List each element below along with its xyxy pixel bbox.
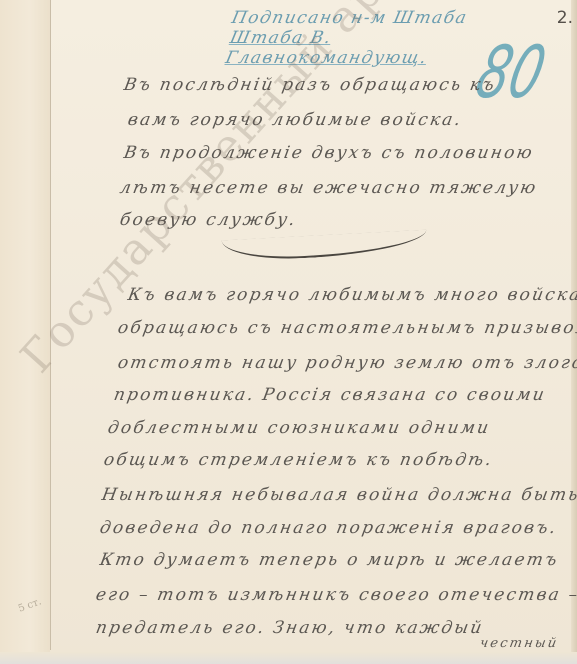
text-line: боевую службу. [118, 210, 298, 230]
folio-number: 2. [557, 8, 573, 28]
text-line: предатель его. Знаю, что каждый [94, 618, 485, 638]
text-line: Въ продолженіе двухъ съ половиною [122, 143, 535, 163]
text-line: Кто думаетъ теперь о мирѣ и желаетъ [98, 550, 560, 570]
text-line: Нынѣшняя небывалая война должна быть [100, 485, 577, 505]
text-line: доведена до полнаго пораженія враговъ. [98, 518, 559, 538]
text-line: обращаюсь съ настоятельнымъ призывомъ [116, 318, 577, 338]
fold-line [50, 0, 51, 650]
text-line: противника. Россія связана со своими [112, 385, 547, 405]
text-line: доблестными союзниками одними [106, 418, 492, 438]
text-line: отстоять нашу родную землю отъ злого [116, 353, 577, 373]
text-line: Къ вамъ горячо любимымъ много войска [126, 285, 577, 305]
text-line: общимъ стремленіемъ къ побѣдѣ. [102, 450, 495, 470]
header-note-line-1: Подписано н-м Штаба [230, 8, 534, 28]
document-page: Подписано н-м Штаба Штаба В. Главнокоман… [0, 0, 577, 664]
interlinear-insertion: честный [479, 636, 560, 651]
page-left-margin [0, 0, 50, 664]
text-line: Въ послѣдній разъ обращаюсь къ [122, 75, 497, 95]
closing-flourish [222, 230, 428, 263]
text-line: лѣтъ несете вы ежечасно тяжелую [118, 178, 539, 198]
text-line: его – тотъ измѣнникъ своего отечества – [94, 585, 577, 605]
text-line: вамъ горячо любимые войска. [126, 110, 464, 130]
page-bottom-edge [0, 652, 577, 664]
